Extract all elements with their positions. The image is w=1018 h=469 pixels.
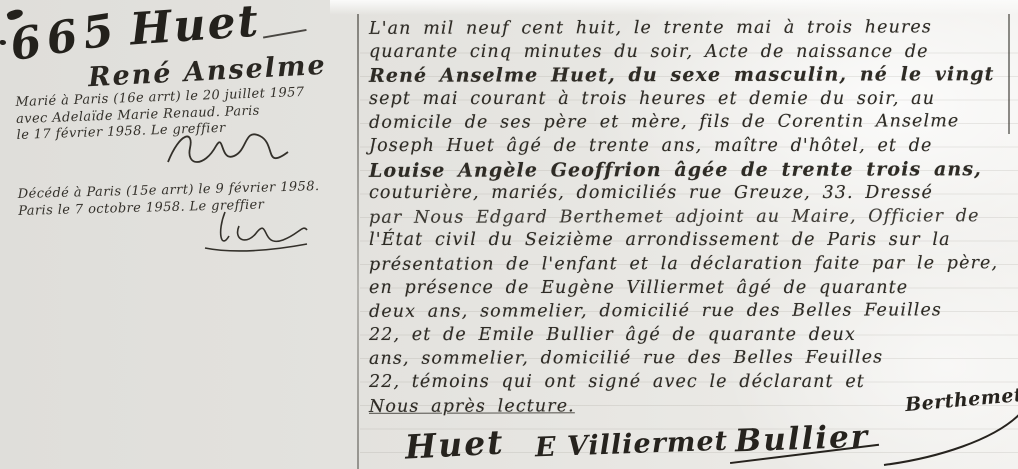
scanned-register-page: 665 Huet René Anselme Marié à Paris (16e… bbox=[0, 0, 1018, 469]
act-text-line: couturière, mariés, domiciliés rue Greuz… bbox=[369, 182, 1014, 206]
margin-divider-line bbox=[357, 14, 359, 469]
act-text-line: Joseph Huet âgé de trente ans, maître d'… bbox=[369, 135, 1014, 159]
act-text-line: L'an mil neuf cent huit, le trente mai à… bbox=[369, 16, 1014, 41]
act-text-line: Louise Angèle Geoffrion âgée de trente t… bbox=[369, 158, 1014, 183]
signature-block: Huet E Villiermet Bullier Berthemet bbox=[360, 407, 1018, 469]
surname-heading: Huet bbox=[128, 0, 261, 55]
act-text-line: l'État civil du Seizième arrondissement … bbox=[369, 229, 1014, 253]
officer-signature-flourish-icon bbox=[880, 401, 1018, 469]
act-text-line: quarante cinq minutes du soir, Acte de n… bbox=[369, 41, 1014, 65]
act-text-line: en présence de Eugène Villiermet âgé de … bbox=[369, 277, 1014, 301]
act-text-line: deux ans, sommelier, domicilié rue des B… bbox=[369, 299, 1014, 324]
declarant-signature: Huet bbox=[404, 422, 505, 466]
witness-signature: Bullier bbox=[734, 419, 869, 460]
act-text-line: par Nous Edgard Berthemet adjoint au Mai… bbox=[369, 205, 1014, 230]
act-text-line: présentation de l'enfant et la déclarati… bbox=[369, 252, 1014, 277]
birth-act-text: L'an mil neuf cent huit, le trente mai à… bbox=[369, 17, 1014, 418]
act-text-line: 22, témoins qui ont signé avec le déclar… bbox=[369, 371, 1014, 395]
act-text-line: domicile de ses père et mère, fils de Co… bbox=[369, 111, 1014, 136]
act-text-line: ans, sommelier, domicilié rue des Belles… bbox=[369, 346, 1014, 371]
greffier-signature-scribble-icon bbox=[195, 206, 315, 254]
greffier-signature-scribble-icon bbox=[160, 122, 300, 174]
act-text-line: René Anselme Huet, du sexe masculin, né … bbox=[369, 63, 1014, 88]
act-text-line: 22, et de Emile Bullier âgé de quarante … bbox=[369, 324, 1014, 348]
margin-column: 665 Huet René Anselme Marié à Paris (16e… bbox=[0, 0, 356, 469]
act-text-line: sept mai courant à trois heures et demie… bbox=[369, 88, 1014, 112]
witness-signature: E Villiermet bbox=[535, 426, 729, 464]
